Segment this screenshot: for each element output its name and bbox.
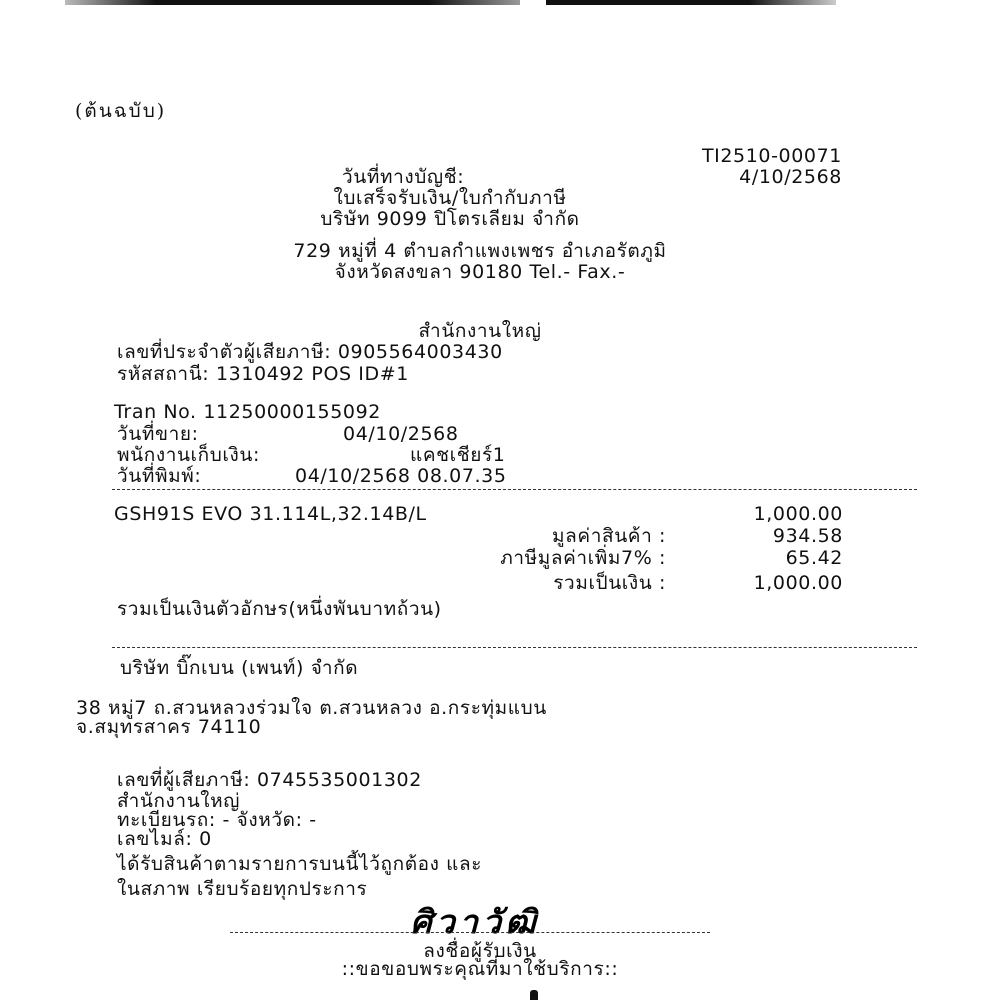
buyer-name: บริษัท บิ๊กเบน (เพนท์) จำกัด xyxy=(120,657,358,679)
buyer-tax-id: 0745535001302 xyxy=(257,769,422,791)
divider-line xyxy=(112,647,917,648)
document-number: TI2510-00071 xyxy=(540,145,842,167)
print-date-label: วันที่พิมพ์: xyxy=(117,465,201,487)
signature-line xyxy=(230,932,710,933)
item-amount: 1,000.00 xyxy=(640,503,843,525)
handwritten-signature: ศิวาวัฒิ xyxy=(350,896,600,934)
seller-branch: สำนักงานใหญ่ xyxy=(300,320,660,342)
seller-tax-id-label: เลขที่ประจำตัวผู้เสียภาษี: xyxy=(117,341,331,363)
paper-edge-mark xyxy=(530,990,538,1000)
cashier-label: พนักงานเก็บเงิน: xyxy=(117,444,260,466)
paper-edge-top-left xyxy=(65,0,520,5)
seller-tax-id: 0905564003430 xyxy=(338,341,503,363)
tran-no-row: Tran No. 11250000155092 xyxy=(114,401,381,423)
buyer-tax-id-row: เลขที่ผู้เสียภาษี: 0745535001302 xyxy=(117,769,422,791)
total-in-words: รวมเป็นเงินตัวอักษร(หนึ่งพันบาทถ้วน) xyxy=(117,598,442,620)
accounting-date-label: วันที่ทางบัญชี: xyxy=(342,166,464,188)
station-value: 1310492 POS ID#1 xyxy=(216,363,409,385)
tran-no: 11250000155092 xyxy=(203,401,381,423)
station-label: รหัสสถานี: xyxy=(117,363,209,385)
copy-label: (ต้นฉบับ) xyxy=(75,100,166,122)
buyer-tax-id-label: เลขที่ผู้เสียภาษี: xyxy=(117,769,250,791)
divider-line xyxy=(112,489,917,490)
item-description: GSH91S EVO 31.114L,32.14B/L xyxy=(114,503,427,525)
subtotal-label: มูลค่าสินค้า : xyxy=(300,525,666,547)
paper-edge-top-right xyxy=(546,0,836,5)
mileage: เลขไมล์: 0 xyxy=(117,828,212,850)
cashier-name: แคชเชียร์1 xyxy=(410,444,505,466)
document-title: ใบเสร็จรับเงิน/ใบกำกับภาษี xyxy=(180,187,720,209)
print-date: 04/10/2568 08.07.35 xyxy=(295,465,507,487)
total-value: 1,000.00 xyxy=(680,572,843,594)
seller-company-name: บริษัท 9099 ปิโตรเลียม จำกัด xyxy=(180,208,720,230)
confirmation-line2: ในสภาพ เรียบร้อยทุกประการ xyxy=(117,878,367,900)
vat-value: 65.42 xyxy=(680,547,843,569)
seller-address-line2: จังหวัดสงขลา 90180 Tel.- Fax.- xyxy=(100,261,860,283)
sale-date-label: วันที่ขาย: xyxy=(117,423,199,445)
accounting-date: 4/10/2568 xyxy=(640,166,842,188)
station-row: รหัสสถานี: 1310492 POS ID#1 xyxy=(117,363,409,385)
total-label: รวมเป็นเงิน : xyxy=(300,572,666,594)
confirmation-line1: ได้รับสินค้าตามรายการบนนี้ไว้ถูกต้อง และ xyxy=(117,853,482,875)
buyer-address-line2: จ.สมุทรสาคร 74110 xyxy=(76,716,261,738)
subtotal-value: 934.58 xyxy=(680,525,843,547)
sale-date: 04/10/2568 xyxy=(343,423,459,445)
tran-no-label: Tran No. xyxy=(114,401,197,423)
vat-label: ภาษีมูลค่าเพิ่ม7% : xyxy=(300,547,666,569)
thank-you-message: ::ขอขอบพระคุณที่มาใช้บริการ:: xyxy=(200,958,760,980)
seller-tax-id-row: เลขที่ประจำตัวผู้เสียภาษี: 0905564003430 xyxy=(117,341,503,363)
seller-address-line1: 729 หมู่ที่ 4 ตำบลกำแพงเพชร อำเภอรัตภูมิ xyxy=(100,240,860,262)
